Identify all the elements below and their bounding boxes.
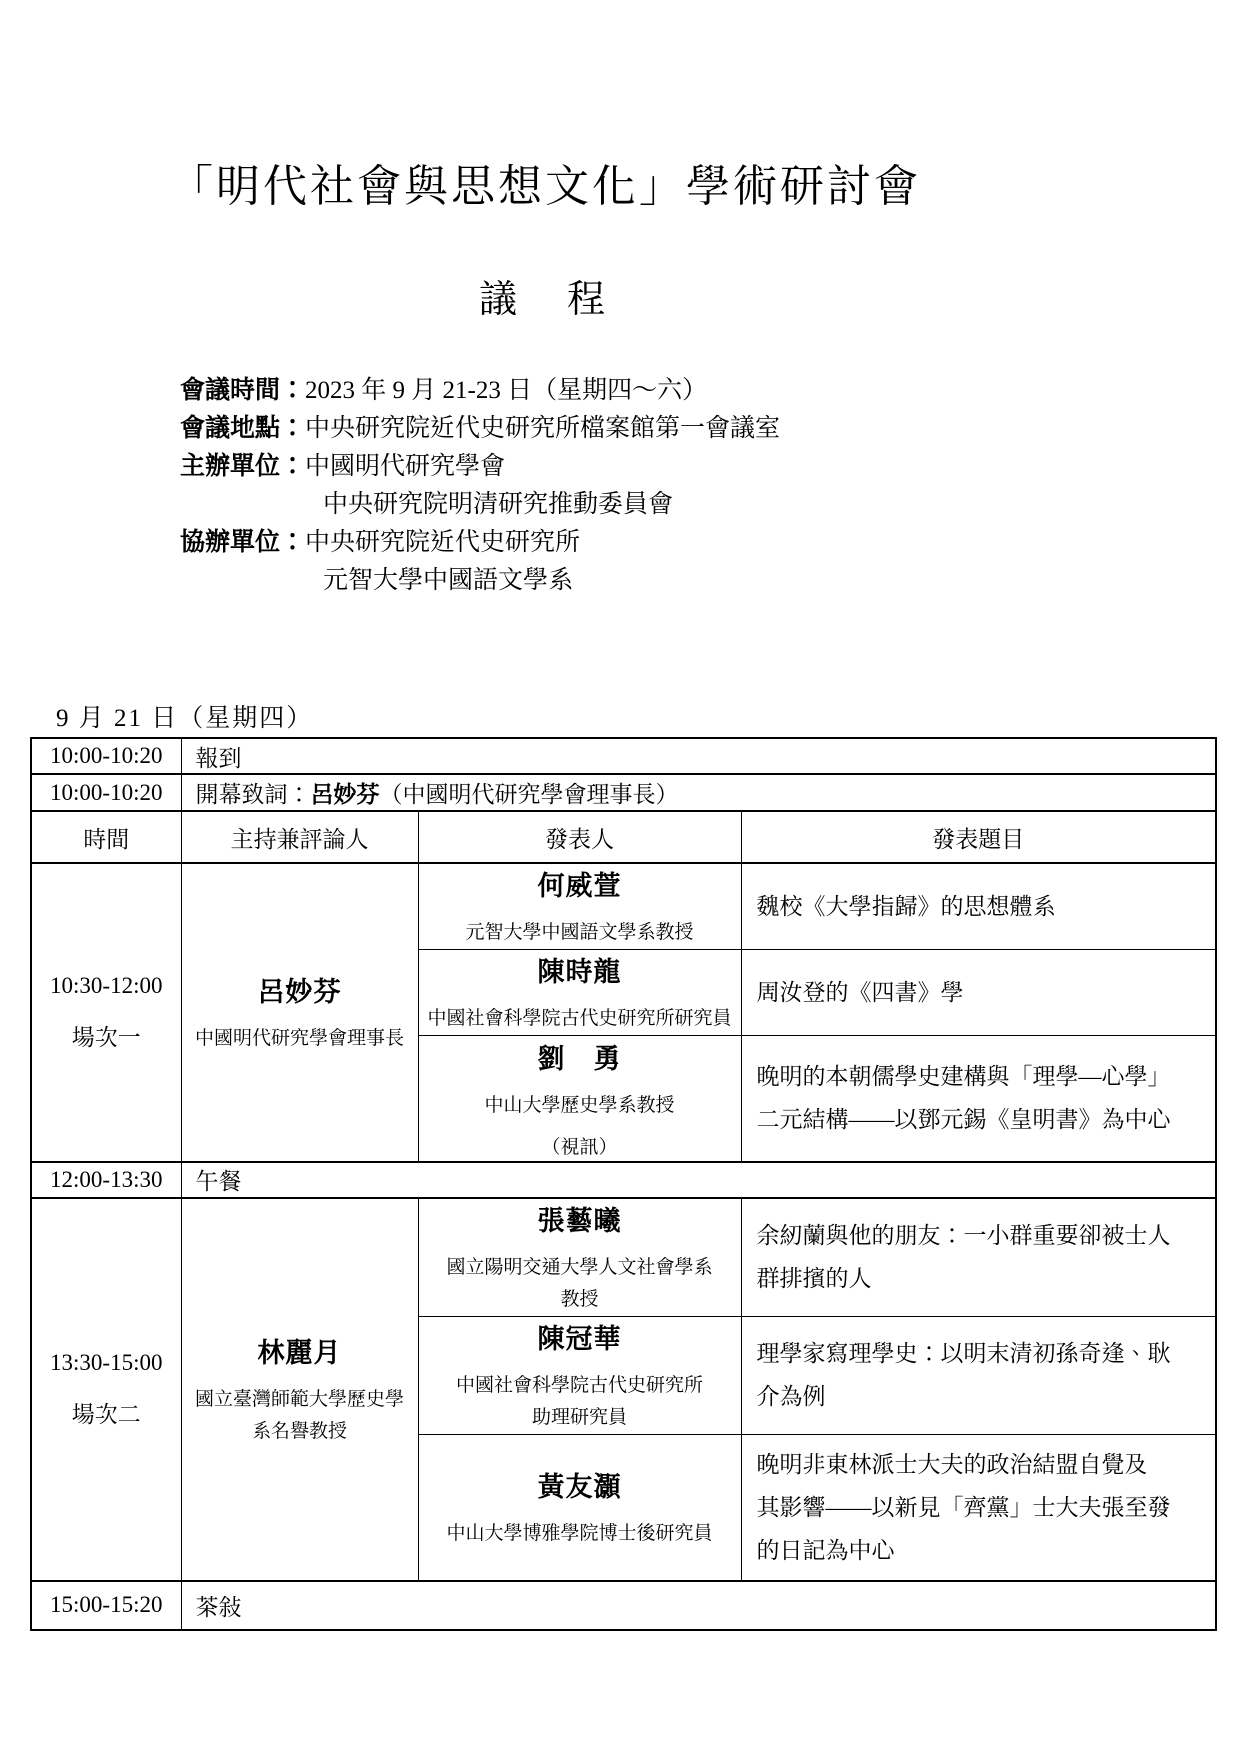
- info-label-time: 會議時間：: [180, 377, 305, 404]
- info-label-organizer: 主辦單位：: [180, 453, 305, 480]
- session2-chair-name: 林麗月: [182, 1331, 418, 1370]
- info-line-organizer: 主辦單位：中國明代研究學會: [180, 448, 780, 486]
- presenter-affiliation: 中國社會科學院古代史研究所研究員: [419, 1003, 741, 1035]
- session1-chair-name: 呂妙芬: [182, 970, 418, 1009]
- session2-chair-cell: 林麗月 國立臺灣師範大學歷史學 系名譽教授: [181, 1198, 418, 1581]
- presenter-name: 陳時龍: [419, 950, 741, 989]
- presenter-affiliation: 國立陽明交通大學人文社會學系 教授: [419, 1252, 741, 1316]
- session1-chair-cell: 呂妙芬 中國明代研究學會理事長: [181, 863, 418, 1162]
- lunch-time: 12:00-13:30: [31, 1162, 181, 1198]
- info-line-coorganizer: 協辦單位：中央研究院近代史研究所: [180, 524, 780, 562]
- opening-time: 10:00-10:20: [31, 774, 181, 811]
- lunch-label: 午餐: [181, 1162, 1216, 1198]
- talk-title: 晚明的本朝儒學史建構與「理學—心學」 二元結構——以鄧元錫《皇明書》為中心: [741, 1036, 1216, 1162]
- presenter-cell: 張藝曦 國立陽明交通大學人文社會學系 教授: [418, 1198, 741, 1317]
- presenter-name: 黃友灝: [419, 1465, 741, 1504]
- info-line-organizer-2: 中央研究院明清研究推動委員會: [180, 486, 780, 524]
- opening-speaker: 呂妙芬: [311, 782, 380, 807]
- presenter-affiliation: 元智大學中國語文學系教授: [419, 917, 741, 949]
- talk-title: 理學家寫理學史：以明末清初孫奇逢、耿 介為例: [741, 1316, 1216, 1434]
- session1-chair-affiliation: 中國明代研究學會理事長: [182, 1023, 418, 1055]
- info-value-coorganizer: 中央研究院近代史研究所: [305, 529, 580, 556]
- opening-prefix: 開幕致詞：: [196, 782, 311, 807]
- talk-title: 魏校《大學指歸》的思想體系: [741, 863, 1216, 950]
- checkin-time: 10:00-10:20: [31, 738, 181, 774]
- page-title: 「明代社會與思想文化」學術研討會: [0, 150, 1090, 214]
- day-heading: 9 月 21 日（星期四）: [56, 698, 313, 734]
- talk-title: 晚明非東林派士大夫的政治結盟自覺及 其影響——以新見「齊黨」士大夫張至發 的日記…: [741, 1434, 1216, 1581]
- presenter-cell: 陳冠華 中國社會科學院古代史研究所 助理研究員: [418, 1316, 741, 1434]
- presenter-name: 何威萱: [419, 864, 741, 903]
- table-row-session2-presenter1: 13:30-15:00 場次二 林麗月 國立臺灣師範大學歷史學 系名譽教授 張藝…: [31, 1198, 1216, 1317]
- session2-number: 場次二: [32, 1396, 181, 1429]
- table-row-tea: 15:00-15:20 茶敍: [31, 1581, 1216, 1630]
- tea-time: 15:00-15:20: [31, 1581, 181, 1630]
- table-row-checkin: 10:00-10:20 報到: [31, 738, 1216, 774]
- page-subtitle: 議 程: [0, 268, 1090, 323]
- presenter-cell: 陳時龍 中國社會科學院古代史研究所研究員: [418, 950, 741, 1036]
- info-value-organizer-2: 中央研究院明清研究推動委員會: [323, 491, 673, 518]
- presenter-name: 劉 勇: [419, 1037, 741, 1076]
- session2-chair-affiliation: 國立臺灣師範大學歷史學 系名譽教授: [182, 1384, 418, 1448]
- col-header-time: 時間: [31, 811, 181, 863]
- info-value-organizer: 中國明代研究學會: [305, 453, 505, 480]
- presenter-affiliation: 中山大學歷史學系教授: [419, 1090, 741, 1122]
- info-line-coorganizer-2: 元智大學中國語文學系: [180, 562, 780, 600]
- info-value-venue: 中央研究院近代史研究所檔案館第一會議室: [305, 415, 780, 442]
- talk-title: 周汝登的《四書》學: [741, 950, 1216, 1036]
- col-header-chair: 主持兼評論人: [181, 811, 418, 863]
- session2-time: 13:30-15:00: [32, 1350, 181, 1376]
- session1-time: 10:30-12:00: [32, 973, 181, 999]
- table-row-opening: 10:00-10:20 開幕致詞：呂妙芬（中國明代研究學會理事長）: [31, 774, 1216, 811]
- presenter-affiliation: 中國社會科學院古代史研究所 助理研究員: [419, 1370, 741, 1434]
- opening-label: 開幕致詞：呂妙芬（中國明代研究學會理事長）: [181, 774, 1216, 811]
- table-row-session1-presenter1: 10:30-12:00 場次一 呂妙芬 中國明代研究學會理事長 何威萱 元智大學…: [31, 863, 1216, 950]
- document-page: { "theme": { "text_color": "#000000", "b…: [0, 0, 1241, 1755]
- info-label-venue: 會議地點：: [180, 415, 305, 442]
- session1-time-cell: 10:30-12:00 場次一: [31, 863, 181, 1162]
- presenter-cell: 劉 勇 中山大學歷史學系教授 （視訊）: [418, 1036, 741, 1162]
- conference-info: 會議時間：2023 年 9 月 21-23 日（星期四～六） 會議地點：中央研究…: [180, 372, 780, 600]
- talk-title: 余紉蘭與他的朋友：一小群重要卻被士人 群排擯的人: [741, 1198, 1216, 1317]
- info-value-coorganizer-2: 元智大學中國語文學系: [323, 567, 573, 594]
- presenter-cell: 黃友灝 中山大學博雅學院博士後研究員: [418, 1434, 741, 1581]
- table-row-header: 時間 主持兼評論人 發表人 發表題目: [31, 811, 1216, 863]
- col-header-title: 發表題目: [741, 811, 1216, 863]
- opening-suffix: （中國明代研究學會理事長）: [380, 782, 679, 807]
- tea-label: 茶敍: [181, 1581, 1216, 1630]
- presenter-name: 陳冠華: [419, 1317, 741, 1356]
- agenda-table: 10:00-10:20 報到 10:00-10:20 開幕致詞：呂妙芬（中國明代…: [30, 737, 1217, 1631]
- session1-number: 場次一: [32, 1019, 181, 1052]
- table-row-lunch: 12:00-13:30 午餐: [31, 1162, 1216, 1198]
- col-header-presenter: 發表人: [418, 811, 741, 863]
- checkin-label: 報到: [181, 738, 1216, 774]
- info-value-time: 2023 年 9 月 21-23 日（星期四～六）: [305, 377, 707, 404]
- presenter-name: 張藝曦: [419, 1199, 741, 1238]
- info-label-coorganizer: 協辦單位：: [180, 529, 305, 556]
- presenter-affiliation: 中山大學博雅學院博士後研究員: [419, 1518, 741, 1550]
- presenter-cell: 何威萱 元智大學中國語文學系教授: [418, 863, 741, 950]
- presenter-note: （視訊）: [419, 1132, 741, 1159]
- session2-time-cell: 13:30-15:00 場次二: [31, 1198, 181, 1581]
- info-line-venue: 會議地點：中央研究院近代史研究所檔案館第一會議室: [180, 410, 780, 448]
- info-line-time: 會議時間：2023 年 9 月 21-23 日（星期四～六）: [180, 372, 780, 410]
